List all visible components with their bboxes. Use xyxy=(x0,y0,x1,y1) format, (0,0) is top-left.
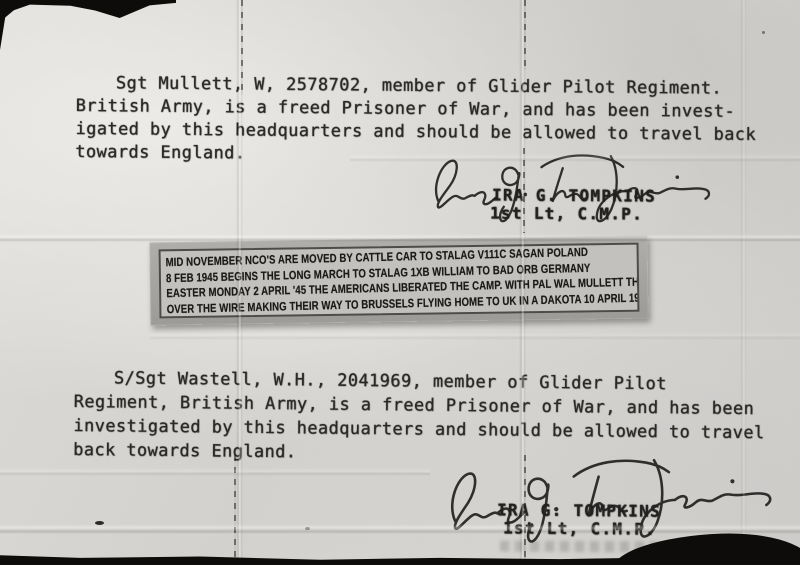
ink-speck xyxy=(95,521,104,525)
handwritten-signature-ira-tompkins xyxy=(436,444,791,560)
fold-crease-mark xyxy=(524,0,526,70)
photo-backdrop-edge-bottom xyxy=(0,552,800,565)
document-photo: Sgt Mullett, W, 2578702, member of Glide… xyxy=(0,0,800,565)
photo-backdrop-edge-top xyxy=(0,0,176,18)
fold-crease-mark xyxy=(234,455,236,560)
caption-border-box: MID NOVEMBER NCO'S ARE MOVED BY CATTLE C… xyxy=(159,243,640,319)
fold-crease-horizontal-mid xyxy=(150,332,800,340)
fold-crease-horizontal-left xyxy=(0,468,430,476)
ink-speck xyxy=(762,31,765,34)
ink-speck xyxy=(305,527,310,530)
caption-text: MID NOVEMBER NCO'S ARE MOVED BY CATTLE C… xyxy=(161,243,639,319)
handwritten-signature-ira-tompkins xyxy=(424,145,727,237)
photo-backdrop-corner-topleft xyxy=(0,0,26,50)
pasted-caption-label: MID NOVEMBER NCO'S ARE MOVED BY CATTLE C… xyxy=(149,236,648,326)
